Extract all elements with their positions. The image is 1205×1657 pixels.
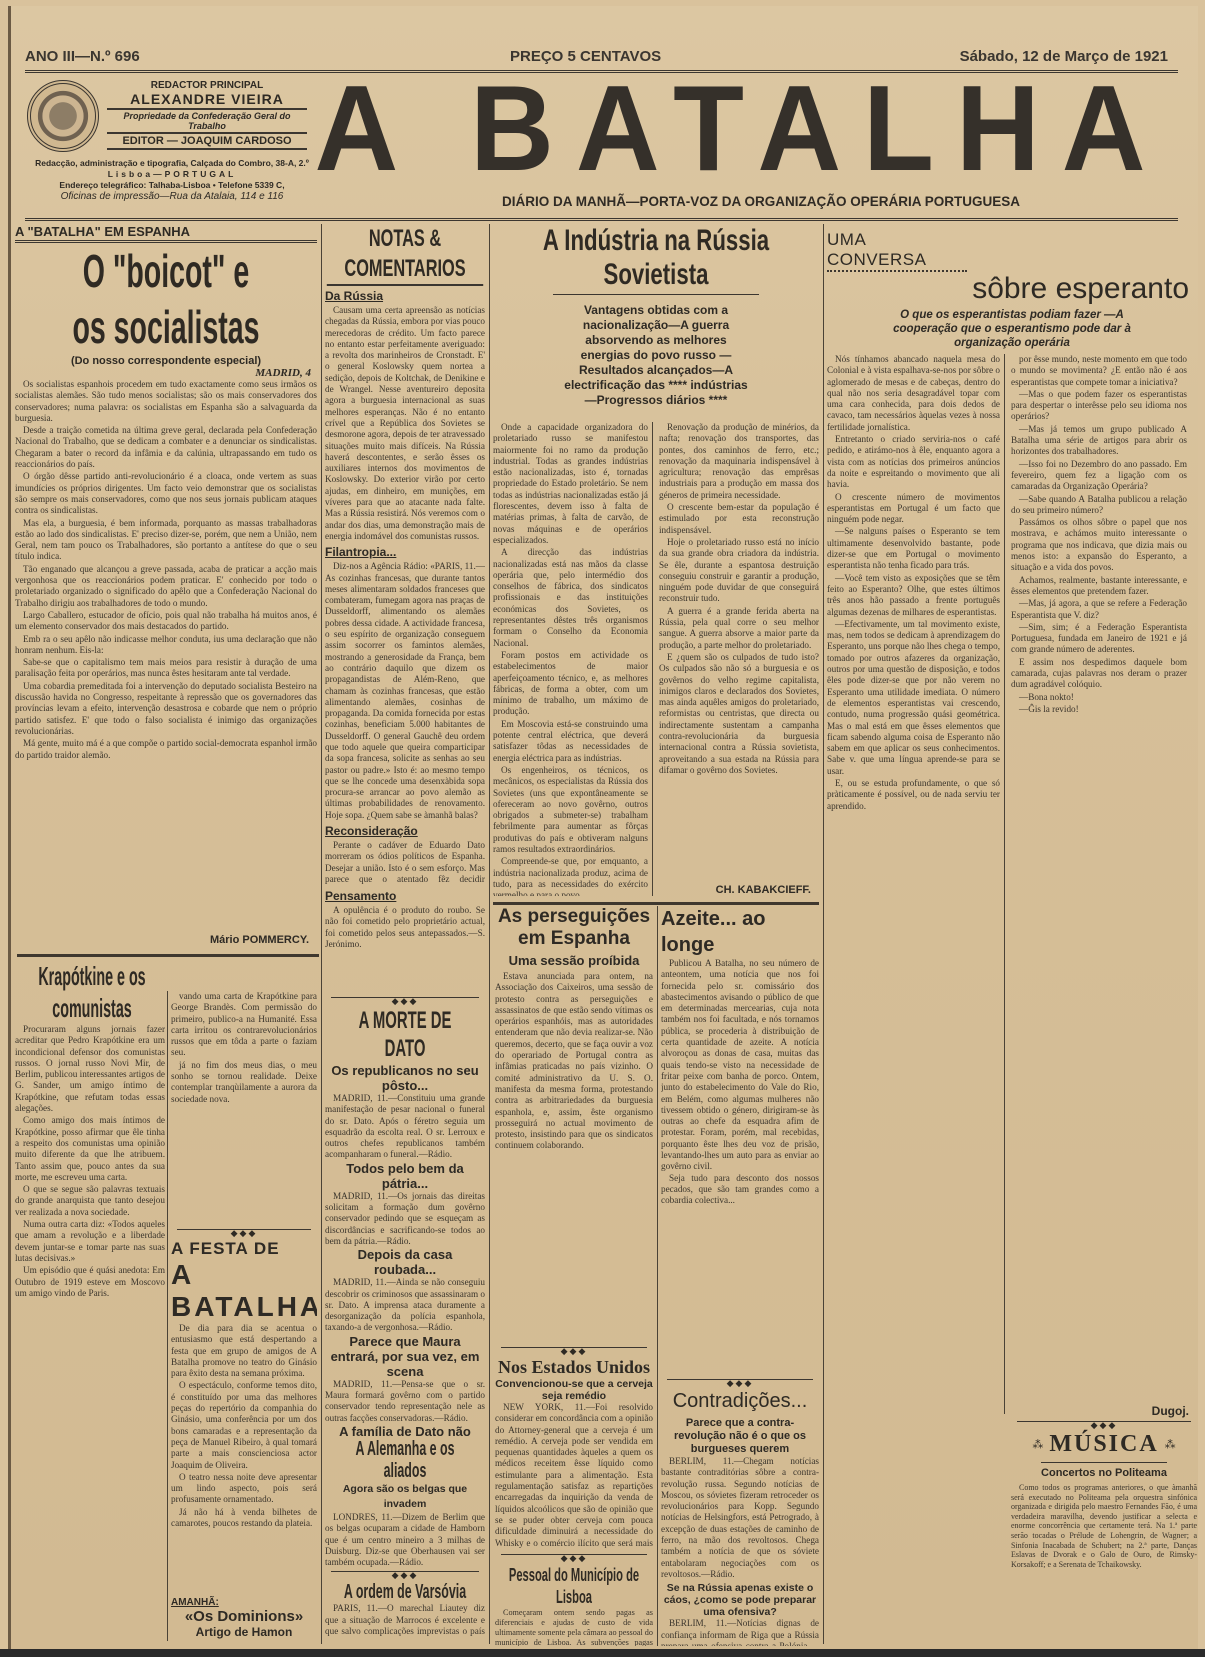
article-headline: Pessoal do Município de Lisboa <box>503 1564 646 1608</box>
paragraph: Onde a capacidade organizadora do prolet… <box>493 422 648 546</box>
article-headline: As perseguições em Espanha <box>495 906 653 950</box>
note-body: Diz-nos a Agência Rádio: «PARIS, 11.—As … <box>325 561 485 821</box>
article-body-col2: por êsse mundo, neste momento em que tod… <box>1011 354 1187 1354</box>
article-body: PARIS, 11.—O marechal Liautey diz que a … <box>325 1603 485 1638</box>
article-dato: ◆◆◆ A MORTE DE DATO Os republicanos no s… <box>325 994 485 1444</box>
note-heading: Da Rússia <box>325 289 485 303</box>
article-columns: Onde a capacidade organizadora do prolet… <box>493 422 819 896</box>
paragraph: Procuraram alguns jornais fazer acredita… <box>15 1024 165 1114</box>
article-headline: Nos Estados Unidos <box>495 1357 653 1378</box>
article-headline: A ordem de Varsóvia <box>337 1581 473 1603</box>
item-heading: Parece que a contra-revolução não é o qu… <box>661 1417 819 1456</box>
ornament-rule: ◆◆◆ <box>1017 1421 1191 1428</box>
paragraph: Má gente, muito má é a que compõe o part… <box>15 738 317 761</box>
ornament-rule: ◆◆◆ <box>501 1554 647 1561</box>
article-headline: sôbre esperanto <box>827 272 1197 306</box>
column-divider <box>657 906 658 1646</box>
address-block: Redacção, administração e tipografia, Ca… <box>27 158 317 202</box>
paragraph: Renovação da produção de minérios, da na… <box>659 422 819 501</box>
paragraph: O órgão dêsse partido anti-revolucionári… <box>15 471 317 516</box>
article-dateline: MADRID, 4 <box>15 367 317 379</box>
notas-comentarios: NOTAS & COMENTARIOS Da Rússia Causam uma… <box>325 224 485 886</box>
redactor-label: REDACTOR PRINCIPAL <box>107 80 307 91</box>
festa-headline-top: A FESTA DE <box>171 1239 317 1259</box>
address-line: Redacção, administração e tipografia, Ca… <box>27 158 317 169</box>
article-kicker: UMA CONVERSA <box>827 230 967 272</box>
tomorrow-author: Artigo de Hamon <box>171 1625 317 1639</box>
redactor-name: ALEXANDRE VIEIRA <box>107 91 307 110</box>
note-body: Perante o cadáver de Eduardo Dato morrer… <box>325 840 485 886</box>
note-heading: Filantropia... <box>325 545 485 559</box>
paragraph: O espectáculo, conforme temos dito, é co… <box>171 1380 317 1470</box>
column-divider <box>167 991 168 1641</box>
ornament-rule: ◆◆◆ <box>667 1379 813 1386</box>
article-headline: Contradições... <box>661 1389 819 1413</box>
article-headline: MÚSICA <box>1049 1431 1158 1458</box>
masthead-rule <box>25 218 1178 221</box>
article-headline: A Indústria na Rússia Sovietista <box>493 224 819 292</box>
paragraph: —Se nalguns países o Esperanto se tem ul… <box>827 526 1000 571</box>
article-estados-unidos: ◆◆◆ Nos Estados Unidos Convencionou-se q… <box>495 1344 653 1549</box>
article-headline: Krapótkine e os comunistas <box>18 960 165 1024</box>
asterisk-ornament-icon: ⁂ <box>1165 1438 1176 1451</box>
note-heading: Pensamento <box>325 889 485 903</box>
article-signature: Dugoj. <box>1011 1404 1197 1418</box>
article-headline: Azeite... ao longe <box>661 906 819 958</box>
paragraph: E ¿quem são os culpados de tudo isto? Os… <box>659 652 819 776</box>
seal-icon <box>27 80 99 152</box>
article-headline: A MORTE DE DATO <box>337 1007 473 1063</box>
note-body: A opulência é o produto do roubo. Se não… <box>325 905 485 950</box>
paragraph: —Isso foi no Dezembro do ano passado. Em… <box>1011 459 1187 493</box>
article-krapotkine-cont: vando uma carta de Krapótkine para Georg… <box>171 991 317 1221</box>
paragraph: E, ou se estuda profundamente, o que só … <box>827 778 1000 812</box>
item-body: MADRID, 11.—Constituiu uma grande manife… <box>325 1093 485 1161</box>
paragraph: por êsse mundo, neste momento em que tod… <box>1011 354 1187 388</box>
article-municipio: ◆◆◆ Pessoal do Município de Lisboa Começ… <box>495 1551 653 1646</box>
article-body-col2: Renovação da produção de minérios, da na… <box>659 422 819 896</box>
paragraph: Mas ela, a burguesia, é bem informada, p… <box>15 518 317 563</box>
paragraph: Um episódio que é quási anedota: Em Outu… <box>15 1265 165 1299</box>
paragraph: De dia para dia se acentua o entusiasmo … <box>171 1323 317 1379</box>
paragraph: —Bona nokto! <box>1011 692 1187 703</box>
paragraph: Numa outra carta diz: «Todos aqueles que… <box>15 1219 165 1264</box>
article-industria: A Indústria na Rússia Sovietista Vantage… <box>493 224 819 896</box>
article-alemanha: A Alemanha e os aliados Agora são os bel… <box>325 1438 485 1638</box>
paragraph: Emb ra o seu apêlo não indicasse melhor … <box>15 634 317 657</box>
paragraph: —Mas o que podem fazer os esperantistas … <box>1011 389 1187 423</box>
paragraph: Os engenheiros, os técnicos, os mecânico… <box>493 765 648 855</box>
article-headline: A Alemanha e os aliados <box>337 1438 473 1482</box>
article-byline: (Do nosso correspondente especial) <box>15 355 317 367</box>
workshop-line: Oficinas de impressão—Rua da Atalaia, 11… <box>27 191 317 202</box>
paragraph: Entretanto o criado serviria-nos o café … <box>827 434 1000 490</box>
paragraph: O que se segue são palavras textuais do … <box>15 1184 165 1218</box>
column-divider <box>489 224 490 1644</box>
paragraph: Tão enganado que alcançou a greve passad… <box>15 564 317 609</box>
section-title: NOTAS & COMENTARIOS <box>327 224 483 286</box>
section-rule <box>17 954 319 957</box>
paragraph: Em Moscovia está-se construindo uma pote… <box>493 719 648 764</box>
article-columns: Nós tínhamos abancado naquela mesa do Co… <box>827 354 1197 1414</box>
article-kicker: A "BATALHA" EM ESPANHA <box>15 224 317 243</box>
city-line: Lisboa—PORTUGAL <box>27 169 317 180</box>
asterisk-ornament-icon: ⁂ <box>1032 1438 1043 1451</box>
masthead-left: REDACTOR PRINCIPAL ALEXANDRE VIEIRA Prop… <box>23 78 313 218</box>
paragraph: Já não há à venda bilhetes de camarotes,… <box>171 1507 317 1530</box>
article-musica: Dugoj. ◆◆◆ ⁂ MÚSICA ⁂ Concertos no Polit… <box>1011 1404 1197 1649</box>
issue-number: ANO III—N.º 696 <box>25 48 140 65</box>
article-body: Como todos os programas anteriores, o qu… <box>1011 1483 1197 1569</box>
article-body: NEW YORK, 11.—Foi resolvido considerar e… <box>495 1402 653 1549</box>
article-subheading: Convencionou-se que a cerveja seja reméd… <box>495 1378 653 1402</box>
note-pensamento: Pensamento A opulência é o produto do ro… <box>325 886 485 966</box>
paragraph: O teatro nessa noite deve apresentar um … <box>171 1472 317 1506</box>
paragraph: Desde a traição cometida na última greve… <box>15 425 317 470</box>
article-body: Estava anunciada para ontem, na Associaç… <box>495 971 653 1152</box>
paragraph: Como amigo dos mais íntimos de Krapótkin… <box>15 1115 165 1183</box>
article-boicot: A "BATALHA" EM ESPANHA O "boicot" e os s… <box>15 224 317 934</box>
article-festa: ◆◆◆ A FESTA DE A BATALHA De dia para dia… <box>171 1226 317 1646</box>
festa-headline: A BATALHA <box>171 1259 317 1323</box>
item-heading: Depois da casa roubada... <box>325 1247 485 1277</box>
item-heading: Parece que Maura entrará, por sua vez, e… <box>325 1334 485 1379</box>
article-closing: Seja tudo para desconto dos nossos pecad… <box>661 1173 819 1207</box>
article-body: Começaram ontem sendo pagas as diferenci… <box>495 1608 653 1646</box>
paragraph: —Ĝis la revido! <box>1011 704 1187 715</box>
tomorrow-title: «Os Dominions» <box>171 1608 317 1625</box>
item-body: BERLIM, 11.—Notícias dignas de confiança… <box>661 1618 819 1646</box>
article-deck: O que os esperantistas podiam fazer —A c… <box>827 306 1197 354</box>
column-divider <box>321 224 322 1644</box>
article-deck: Vantagens obtidas com a nacionalização—A… <box>553 294 759 416</box>
article-azeite: Azeite... ao longe Publicou A Batalha, n… <box>661 906 819 1306</box>
industria-signature-block: CH. KABAKCIEFF. <box>493 884 819 902</box>
article-body: LONDRES, 11.—Dizem de Berlim que os belg… <box>325 1512 485 1568</box>
note-body: Causam uma certa apreensão as notícias c… <box>325 305 485 542</box>
item-body: BERLIM, 11.—Chegam notícias bastante con… <box>661 1456 819 1580</box>
item-heading: Se na Rússia apenas existe o cáos, ¿como… <box>661 1582 819 1618</box>
paragraph: já no fim dos meus dias, o meu sonho se … <box>171 1060 317 1105</box>
newspaper-subtitle: DIÁRIO DA MANHÃ—PORTA-VOZ DA ORGANIZAÇÃO… <box>411 194 1111 209</box>
article-subheading: Concertos no Politeama <box>1041 1462 1167 1481</box>
newspaper-page: ANO III—N.º 696 PREÇO 5 CENTAVOS Sábado,… <box>8 6 1198 1651</box>
scan-border <box>0 1649 1205 1657</box>
article-body: vando uma carta de Krapótkine para Georg… <box>171 991 317 1105</box>
article-contradicoes: ◆◆◆ Contradições... Parece que a contra-… <box>661 1376 819 1646</box>
tomorrow-label: AMANHÃ: <box>171 1597 317 1608</box>
item-body: MADRID, 11.—Ainda se não conseguiu desco… <box>325 1277 485 1333</box>
item-body: MADRID, 11.—Pensa-se que o sr. Maura for… <box>325 1379 485 1424</box>
article-esperanto: UMA CONVERSA sôbre esperanto O que os es… <box>827 224 1197 1414</box>
paragraph: —Você tem visto as exposições que se têm… <box>827 573 1000 618</box>
item-heading: Os republicanos no seu pôsto... <box>325 1063 485 1093</box>
article-body-col1: Onde a capacidade organizadora do prolet… <box>493 422 653 896</box>
editorial-box: REDACTOR PRINCIPAL ALEXANDRE VIEIRA Prop… <box>107 80 307 150</box>
article-body-col1: Nós tínhamos abancado naquela mesa do Co… <box>827 354 1005 1414</box>
paragraph: Passámos os olhos sôbre o papel que nos … <box>1011 517 1187 573</box>
paragraph: E assim nos despedimos daquele bom camar… <box>1011 657 1187 691</box>
article-perseguicoes: As perseguições em Espanha Uma sessão pr… <box>495 906 653 1306</box>
paragraph: Foram postos em actividade os estabeleci… <box>493 650 648 718</box>
article-subheading: Uma sessão proíbida <box>495 953 653 968</box>
ornament-rule: ◆◆◆ <box>331 997 479 1004</box>
paragraph: —Mas já temos um grupo publicado A Batal… <box>1011 424 1187 458</box>
article-body: Procuraram alguns jornais fazer acredita… <box>15 1024 165 1299</box>
article-headline: O "boicot" e os socialistas <box>72 243 259 355</box>
newspaper-title: A BATALHA <box>311 65 1171 191</box>
article-krapotkine: Krapótkine e os comunistas Procuraram al… <box>15 960 165 1650</box>
paragraph: O crescente número de movimentos esperan… <box>827 492 1000 526</box>
paragraph: Uma cobardia premeditada foi a intervenç… <box>15 681 317 737</box>
note-heading: Reconsideração <box>325 824 485 838</box>
paragraph: Os socialistas espanhois procedem em tud… <box>15 379 317 424</box>
paragraph: —Efectivamente, um tal movimento existe,… <box>827 619 1000 777</box>
editor-line: EDITOR — JOAQUIM CARDOSO <box>107 134 307 150</box>
paragraph: Hoje o proletariado russo está no início… <box>659 537 819 605</box>
ornament-rule: ◆◆◆ <box>331 1571 479 1578</box>
paragraph: A direcção das indústrias nacionalizadas… <box>493 547 648 649</box>
article-subheading: Agora são os belgas que invadem <box>325 1482 485 1512</box>
ornament-rule: ◆◆◆ <box>501 1347 647 1354</box>
paragraph: —Sabe quando A Batalha publicou a relaçã… <box>1011 494 1187 517</box>
paragraph: O crescente bem-estar da população é est… <box>659 502 819 536</box>
paragraph: Achamos, realmente, bastante interessant… <box>1011 575 1187 598</box>
paragraph: A guerra é a grande ferida aberta na Rús… <box>659 606 819 651</box>
paragraph: —Sim, sim; é a Federação Esperantista Po… <box>1011 622 1187 656</box>
item-body: MADRID, 11.—Os jornais das direitas soli… <box>325 1191 485 1247</box>
section-rule <box>493 902 819 905</box>
article-signature: Mário POMMERCY. <box>15 934 317 946</box>
deck-text: Vantagens obtidas com a nacionalização—A… <box>564 303 747 407</box>
paragraph: Largo Caballero, estucador de ofício, po… <box>15 610 317 633</box>
article-body: De dia para dia se acentua o entusiasmo … <box>171 1323 317 1593</box>
paragraph: Nós tínhamos abancado naquela mesa do Co… <box>827 354 1000 433</box>
article-body: Publicou A Batalha, no seu número de ant… <box>661 958 819 1173</box>
item-heading: Todos pelo bem da pátria... <box>325 1161 485 1191</box>
musica-heading: ⁂ MÚSICA ⁂ <box>1011 1431 1197 1458</box>
article-body: Os socialistas espanhois procedem em tud… <box>15 379 317 761</box>
paragraph: Sabe-se que o capitalismo tem mais meios… <box>15 657 317 680</box>
telegraph-line: Endereço telegráfico: Talhaba-Lisboa • T… <box>27 180 317 191</box>
article-signature: CH. KABAKCIEFF. <box>493 884 819 896</box>
paragraph: —Mas, já agora, a que se refere a Federa… <box>1011 598 1187 621</box>
column-divider <box>823 224 824 1644</box>
property-line: Propriedade da Confederação Geral do Tra… <box>107 110 307 134</box>
paragraph: vando uma carta de Krapótkine para Georg… <box>171 991 317 1059</box>
ornament-rule: ◆◆◆ <box>177 1229 311 1236</box>
